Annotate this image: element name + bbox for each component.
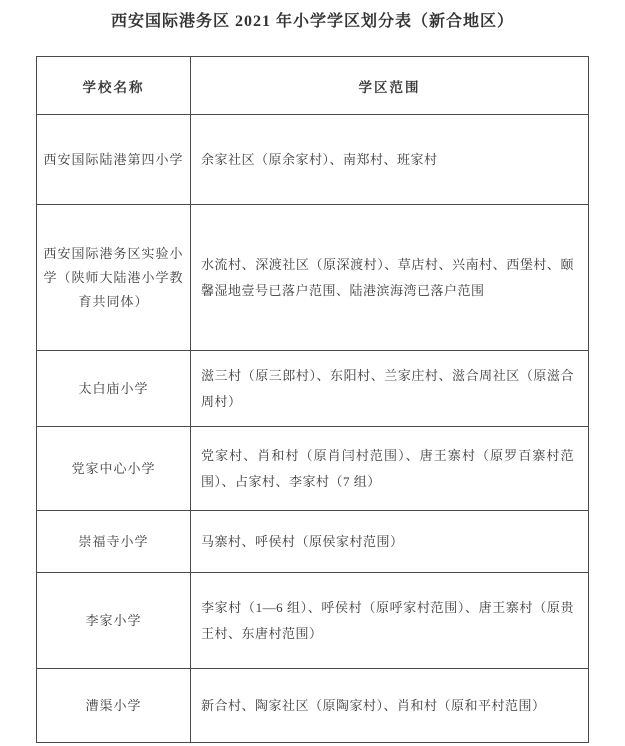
school-name-cell: 李家小学 bbox=[37, 573, 191, 669]
district-range-cell: 水流村、深渡社区（原深渡村）、草店村、兴南村、西堡村、颐馨湿地壹号已落户范围、陆… bbox=[191, 205, 589, 351]
district-range-cell: 马寨村、呼侯村（原侯家村范围） bbox=[191, 511, 589, 573]
school-district-table: 学校名称 学区范围 西安国际陆港第四小学 余家社区（原余家村）、南郑村、班家村 … bbox=[36, 56, 589, 743]
page-title: 西安国际港务区 2021 年小学学区划分表（新合地区） bbox=[0, 8, 625, 31]
table-row: 太白庙小学 滋三村（原三郎村）、东阳村、兰家庄村、滋合周社区（原滋合周村） bbox=[37, 351, 589, 427]
school-name-cell: 西安国际陆港第四小学 bbox=[37, 115, 191, 205]
district-range-cell: 李家村（1—6 组）、呼侯村（原呼家村范围）、唐王寨村（原贵王村、东唐村范围） bbox=[191, 573, 589, 669]
table-row: 西安国际港务区实验小学（陕师大陆港小学教育共同体） 水流村、深渡社区（原深渡村）… bbox=[37, 205, 589, 351]
table-header-row: 学校名称 学区范围 bbox=[37, 57, 589, 115]
column-header-school-name: 学校名称 bbox=[37, 57, 191, 115]
school-name-cell: 西安国际港务区实验小学（陕师大陆港小学教育共同体） bbox=[37, 205, 191, 351]
district-range-cell: 党家村、肖和村（原肖闫村范围）、唐王寨村（原罗百寨村范围）、占家村、李家村（7 … bbox=[191, 427, 589, 511]
district-range-cell: 滋三村（原三郎村）、东阳村、兰家庄村、滋合周社区（原滋合周村） bbox=[191, 351, 589, 427]
table-row: 李家小学 李家村（1—6 组）、呼侯村（原呼家村范围）、唐王寨村（原贵王村、东唐… bbox=[37, 573, 589, 669]
school-name-cell: 太白庙小学 bbox=[37, 351, 191, 427]
school-name-cell: 崇福寺小学 bbox=[37, 511, 191, 573]
school-name-cell: 党家中心小学 bbox=[37, 427, 191, 511]
column-header-district-range: 学区范围 bbox=[191, 57, 589, 115]
table-row: 西安国际陆港第四小学 余家社区（原余家村）、南郑村、班家村 bbox=[37, 115, 589, 205]
school-name-cell: 漕渠小学 bbox=[37, 669, 191, 743]
table-row: 漕渠小学 新合村、陶家社区（原陶家村）、肖和村（原和平村范围） bbox=[37, 669, 589, 743]
district-range-cell: 新合村、陶家社区（原陶家村）、肖和村（原和平村范围） bbox=[191, 669, 589, 743]
table-row: 崇福寺小学 马寨村、呼侯村（原侯家村范围） bbox=[37, 511, 589, 573]
table-row: 党家中心小学 党家村、肖和村（原肖闫村范围）、唐王寨村（原罗百寨村范围）、占家村… bbox=[37, 427, 589, 511]
district-range-cell: 余家社区（原余家村）、南郑村、班家村 bbox=[191, 115, 589, 205]
